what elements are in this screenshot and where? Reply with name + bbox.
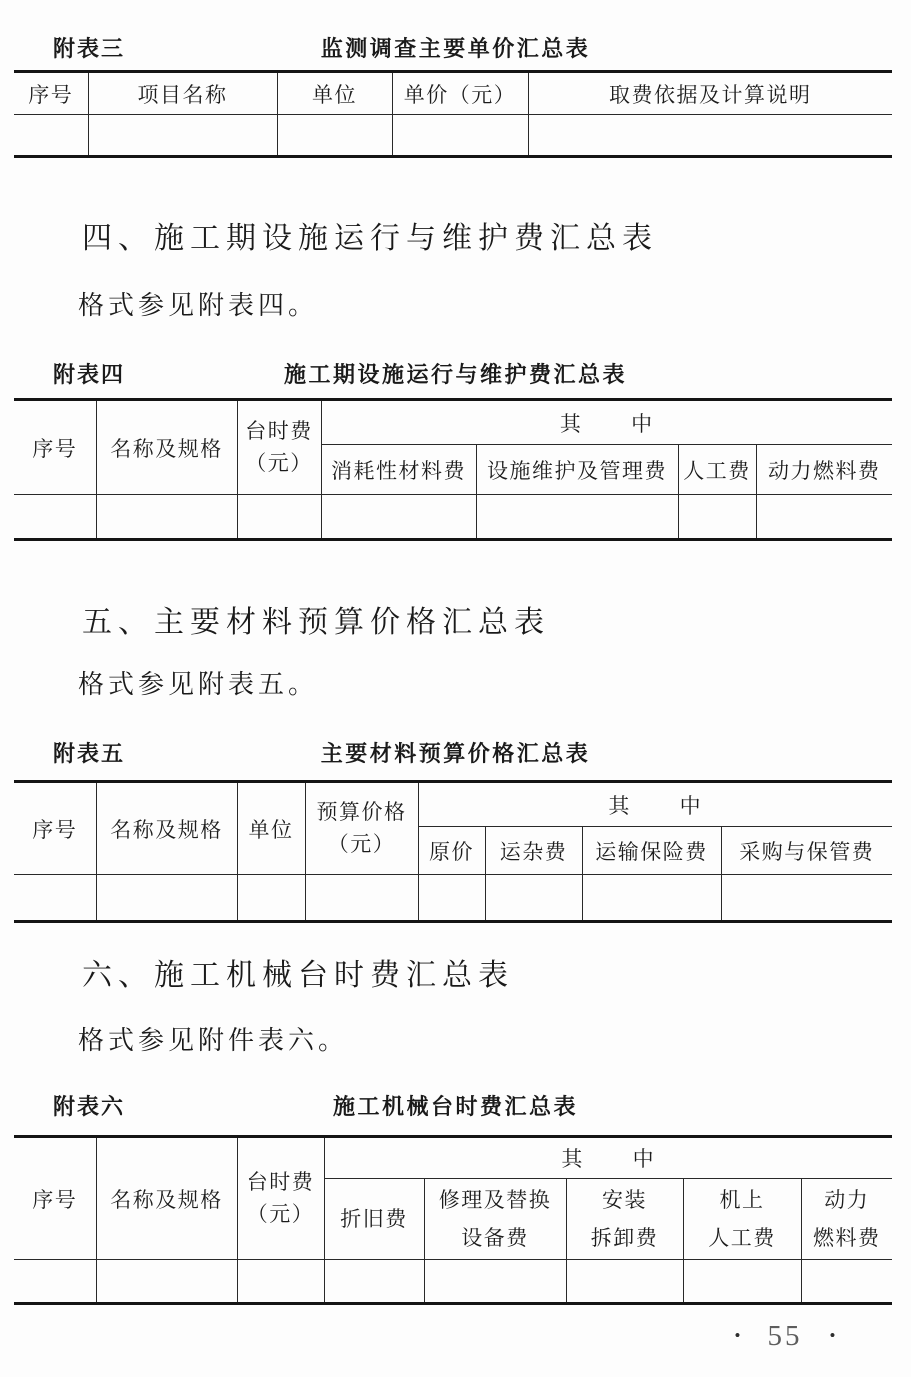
column-group-header-among: 其 中 [321,400,892,445]
empty-cell [237,875,305,922]
column-header-name-spec: 名称及规格 [96,400,237,495]
column-header-power-fuel: 动力 燃料费 [801,1179,892,1260]
empty-cell [528,115,892,157]
column-header-seq: 序号 [14,72,88,115]
column-header-seq: 序号 [14,400,96,495]
table-header-row: 序号 名称及规格 单位 预算价格 （元） 其 中 [14,782,892,827]
empty-cell [424,1260,566,1304]
empty-cell [566,1260,683,1304]
column-header-procurement-storage: 采购与保管费 [721,827,892,875]
column-header-item-name: 项目名称 [88,72,277,115]
caption-appendix-4: 附表四 施工期设施运行与维护费汇总表 [0,358,911,390]
appendix-6-title: 施工机械台时费汇总表 [0,1090,911,1121]
column-header-depreciation: 折旧费 [324,1179,424,1260]
column-header-install-dismantle: 安装 拆卸费 [566,1179,683,1260]
appendix-4-title: 施工期设施运行与维护费汇总表 [0,358,911,389]
column-header-onboard-labor: 机上 人工费 [683,1179,801,1260]
table-appendix-4: 序号 名称及规格 台时费 （元） 其 中 消耗性材料费 设施维护及管理费 人工费… [14,398,892,541]
table-row [14,495,892,540]
empty-cell [237,495,321,540]
column-header-name-spec: 名称及规格 [96,1137,237,1260]
table-appendix-5: 序号 名称及规格 单位 预算价格 （元） 其 中 原价 运杂费 运输保险费 采购… [14,780,892,923]
column-group-header-among: 其 中 [324,1137,892,1179]
column-header-seq: 序号 [14,782,96,875]
section-heading-four: 四、施工期设施运行与维护费汇总表 [82,220,658,258]
column-group-header-among: 其 中 [418,782,892,827]
table-appendix-3: 序号 项目名称 单位 单价（元） 取费依据及计算说明 [14,70,892,158]
caption-appendix-5: 附表五 主要材料预算价格汇总表 [0,737,911,769]
column-header-original-price: 原价 [418,827,485,875]
section-heading-six: 六、施工机械台时费汇总表 [82,957,514,995]
section-four-body: 格式参见附表四。 [78,290,318,322]
section-six-body: 格式参见附件表六。 [78,1025,348,1057]
empty-cell [14,115,88,157]
empty-cell [582,875,721,922]
column-header-hourly-fee: 台时费 （元） [237,1137,324,1260]
column-header-freight-misc: 运杂费 [485,827,582,875]
empty-cell [237,1260,324,1304]
column-header-unit-price: 单价（元） [392,72,528,115]
column-header-consumable-material: 消耗性材料费 [321,445,476,495]
empty-cell [96,1260,237,1304]
appendix-5-title: 主要材料预算价格汇总表 [0,737,911,768]
column-header-name-spec: 名称及规格 [96,782,237,875]
empty-cell [418,875,485,922]
document-page: 附表三 监测调查主要单价汇总表 序号 项目名称 单位 单价（元） 取费依据及计算… [0,0,911,1377]
appendix-4-label: 附表四 [53,358,125,389]
empty-cell [801,1260,892,1304]
empty-cell [88,115,277,157]
empty-cell [678,495,756,540]
empty-cell [277,115,392,157]
empty-cell [392,115,528,157]
table-row [14,1260,892,1304]
empty-cell [324,1260,424,1304]
empty-cell [305,875,418,922]
appendix-3-title: 监测调查主要单价汇总表 [0,32,911,63]
page-number-right-dot: • [830,1326,836,1346]
appendix-5-label: 附表五 [53,737,125,768]
page-number-left-dot: • [735,1326,741,1346]
empty-cell [756,495,892,540]
column-header-labor: 人工费 [678,445,756,495]
appendix-3-label: 附表三 [53,32,125,63]
table-header-row: 序号 名称及规格 台时费 （元） 其 中 [14,400,892,445]
empty-cell [96,495,237,540]
column-header-hourly-fee: 台时费 （元） [237,400,321,495]
empty-cell [96,875,237,922]
page-number: • 55 • [705,1316,865,1356]
empty-cell [14,1260,96,1304]
caption-appendix-6: 附表六 施工机械台时费汇总表 [0,1090,911,1122]
appendix-6-label: 附表六 [53,1090,125,1121]
section-heading-five: 五、主要材料预算价格汇总表 [82,604,550,642]
column-header-maintenance-mgmt: 设施维护及管理费 [476,445,678,495]
column-header-transport-insurance: 运输保险费 [582,827,721,875]
empty-cell [683,1260,801,1304]
section-five-body: 格式参见附表五。 [78,669,318,701]
table-appendix-6: 序号 名称及规格 台时费 （元） 其 中 折旧费 修理及替换 设备费 安装 拆卸… [14,1135,892,1305]
empty-cell [485,875,582,922]
empty-cell [321,495,476,540]
column-header-unit: 单位 [277,72,392,115]
column-header-repair-replacement: 修理及替换 设备费 [424,1179,566,1260]
empty-cell [14,495,96,540]
column-header-unit: 单位 [237,782,305,875]
empty-cell [476,495,678,540]
page-number-value: 55 [768,1320,803,1353]
table-row [14,875,892,922]
column-header-budget-price: 预算价格 （元） [305,782,418,875]
column-header-seq: 序号 [14,1137,96,1260]
table-header-row: 序号 名称及规格 台时费 （元） 其 中 [14,1137,892,1179]
empty-cell [14,875,96,922]
caption-appendix-3: 附表三 监测调查主要单价汇总表 [0,32,911,64]
table-row [14,115,892,157]
table-header-row: 序号 项目名称 单位 单价（元） 取费依据及计算说明 [14,72,892,115]
column-header-power-fuel: 动力燃料费 [756,445,892,495]
column-header-basis: 取费依据及计算说明 [528,72,892,115]
empty-cell [721,875,892,922]
